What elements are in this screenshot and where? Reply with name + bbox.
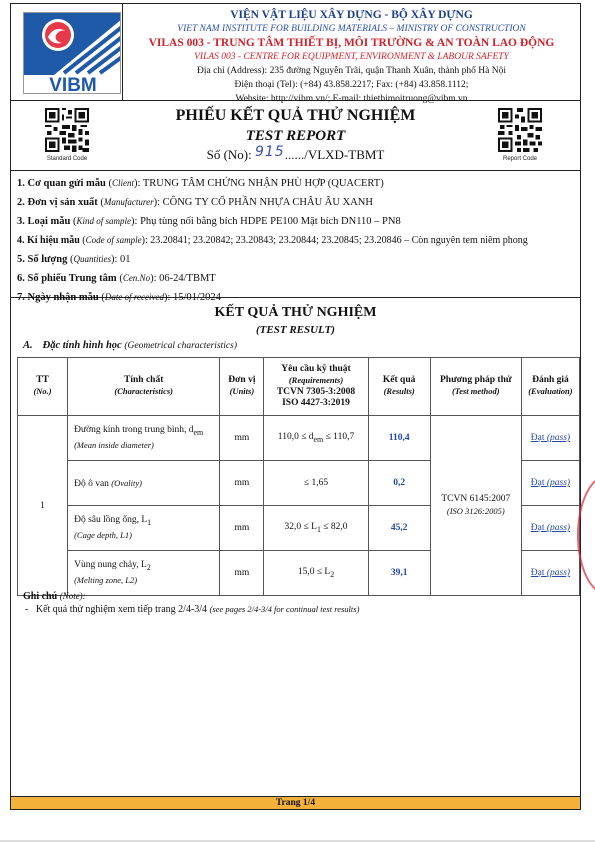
info-label: 2. Đơn vị sản xuất [17, 197, 98, 208]
header-text-en: (Results) [384, 386, 415, 396]
characteristic-en: (Cage depth, L1) [74, 530, 132, 540]
header-text-en: (Evaluation) [528, 386, 572, 396]
unit-cell: mm [220, 416, 264, 461]
header-text-en: (Units) [230, 386, 255, 396]
svg-text:VIBM: VIBM [49, 75, 97, 94]
result-value: 0,2 [368, 461, 430, 506]
requirement-cell: 110,0 ≤ dem ≤ 110,7 [264, 416, 368, 461]
note-text-en: (see pages 2/4-3/4 for continual test re… [210, 604, 360, 614]
header-text-en: (Requirements) [289, 375, 343, 385]
characteristic-en: (Mean inside diameter) [74, 440, 154, 450]
header-text: Đánh giá [532, 375, 569, 385]
col-header-evaluation: Đánh giá(Evaluation) [521, 358, 579, 416]
sample-info: 1. Cơ quan gửi mẫu (Client): TRUNG TÂM C… [10, 171, 581, 298]
evaluation-cell: Đạt (pass) [521, 551, 579, 596]
characteristic-en: (Melting zone, L2) [74, 575, 137, 585]
header-text: Đơn vị [228, 375, 255, 385]
col-header-requirements: Yêu cầu kỹ thuật(Requirements)TCVN 7305-… [264, 358, 368, 416]
evaluation-link[interactable]: Đạt (pass) [531, 433, 570, 443]
test-method: TCVN 6145:2007 [441, 494, 510, 504]
subscript: em [314, 435, 324, 444]
info-sep: ): [111, 254, 120, 265]
evaluation-en: (pass) [547, 433, 570, 443]
info-sep: ): [134, 178, 143, 189]
characteristic-cell: Độ ô van (Ovality) [68, 461, 220, 506]
evaluation-link[interactable]: Đạt (pass) [531, 568, 570, 578]
section-a-heading: A.Đặc tính hình học (Geometrical charact… [23, 340, 237, 351]
header-standard-1: TCVN 7305-3:2008 [277, 387, 355, 397]
centre-name-en: VILAS 003 - CENTRE FOR EQUIPMENT, ENVIRO… [123, 50, 580, 64]
info-label-en: Kind of sample [77, 216, 132, 226]
vibm-logo: VIBM [23, 12, 121, 94]
info-label-en: Cen.No [123, 273, 150, 283]
info-manufacturer: 2. Đơn vị sản xuất (Manufacturer): CÔNG … [17, 193, 580, 212]
note-title-en: (Note): [60, 591, 86, 601]
note-title-vn: Ghi chú [23, 591, 57, 602]
institute-header: VIBM VIỆN VẬT LIỆU XÂY DỰNG - BỘ XÂY DỰN… [10, 3, 581, 101]
report-title-en: TEST REPORT [11, 128, 580, 145]
col-header-characteristics: Tính chất(Characteristics) [68, 358, 220, 416]
info-label-en: Client [112, 178, 134, 188]
test-report-page: VIBM VIỆN VẬT LIỆU XÂY DỰNG - BỘ XÂY DỰN… [8, 3, 583, 833]
info-quantities: 5. Số lượng (Quantities): 01 [17, 250, 580, 269]
characteristic-en: (Ovality) [111, 478, 142, 488]
table-header-row: TT(No.) Tính chất(Characteristics) Đơn v… [18, 358, 580, 416]
evaluation-en: (pass) [547, 568, 570, 578]
info-value: 23.20841; 23.20842; 23.20843; 23.20844; … [150, 235, 528, 246]
subscript: 2 [147, 563, 151, 572]
result-value: 39,1 [368, 551, 430, 596]
evaluation-cell: Đạt (pass) [521, 461, 579, 506]
info-value: TRUNG TÂM CHỨNG NHẬN PHÙ HỢP (QUACERT) [143, 178, 384, 189]
info-label: 6. Số phiếu Trung tâm [17, 273, 117, 284]
info-sep: ): [154, 197, 163, 208]
note-item: - Kết quả thử nghiệm xem tiếp trang 2/4-… [23, 604, 359, 615]
institute-name-en: VIET NAM INSTITUTE FOR BUILDING MATERIAL… [123, 22, 580, 36]
result-value: 45,2 [368, 506, 430, 551]
info-sep: ): [150, 273, 159, 284]
characteristic-vn: Độ ô van [74, 479, 109, 489]
subscript: em [194, 428, 204, 437]
header-standard-2: ISO 4427-3:2019 [282, 398, 350, 408]
evaluation-link[interactable]: Đạt (pass) [531, 478, 570, 488]
characteristic-cell: Đường kính trong trung bình, dem(Mean in… [68, 416, 220, 461]
report-code-caption: Report Code [490, 156, 550, 162]
institute-info: VIỆN VẬT LIỆU XÂY DỰNG - BỘ XÂY DỰNG VIE… [123, 4, 580, 100]
unit-cell: mm [220, 461, 264, 506]
info-label: 3. Loại mẫu [17, 216, 70, 227]
info-client: 1. Cơ quan gửi mẫu (Client): TRUNG TÂM C… [17, 174, 580, 193]
header-text-en: (No.) [33, 386, 51, 396]
requirement: 15,0 ≤ L [298, 567, 330, 577]
col-header-test-method: Phương pháp thử(Test method) [430, 358, 521, 416]
characteristic-cell: Vùng nung chảy, L2(Melting zone, L2) [68, 551, 220, 596]
evaluation-en: (pass) [547, 478, 570, 488]
test-results-section: KẾT QUẢ THỬ NGHIỆM (TEST RESULT) A.Đặc t… [10, 298, 581, 796]
info-code-of-sample: 4. Kí hiệu mẫu (Code of sample): 23.2084… [17, 231, 580, 250]
col-header-no: TT(No.) [18, 358, 68, 416]
requirement-tail: ≤ 82,0 [321, 522, 348, 532]
evaluation-vn: Đạt [531, 478, 545, 488]
test-method-en: (ISO 3126:2005) [447, 506, 505, 516]
header-text: Tính chất [124, 375, 163, 385]
unit-cell: mm [220, 551, 264, 596]
info-value: 01 [120, 254, 131, 265]
section-title-vn: Đặc tính hình học [43, 340, 122, 351]
info-label-en: Manufacturer [104, 197, 154, 207]
col-header-results: Kết quả(Results) [368, 358, 430, 416]
requirement: ≤ 1,65 [304, 478, 328, 488]
results-subtitle: (TEST RESULT) [11, 324, 580, 336]
institute-name-vn: VIỆN VẬT LIỆU XÂY DỰNG - BỘ XÂY DỰNG [123, 8, 580, 22]
evaluation-cell: Đạt (pass) [521, 416, 579, 461]
evaluation-link[interactable]: Đạt (pass) [531, 523, 570, 533]
header-text-en: (Characteristics) [114, 386, 173, 396]
requirement: 110,0 ≤ d [278, 432, 314, 442]
unit-cell: mm [220, 506, 264, 551]
info-value: CÔNG TY CỔ PHẦN NHỰA CHÂU ÂU XANH [163, 197, 373, 208]
info-label: 4. Kí hiệu mẫu [17, 235, 80, 246]
header-text: TT [36, 375, 49, 385]
requirement-cell: 32,0 ≤ L1 ≤ 82,0 [264, 506, 368, 551]
characteristic-vn: Vùng nung chảy, L [74, 560, 147, 570]
info-kind-of-sample: 3. Loại mẫu (Kind of sample): Phụ tùng n… [17, 212, 580, 231]
requirement: 32,0 ≤ L [285, 522, 317, 532]
report-title-vn: PHIẾU KẾT QUẢ THỬ NGHIỆM [11, 107, 580, 125]
header-text: Kết quả [383, 375, 415, 385]
section-number: A. [23, 340, 33, 351]
info-label: 5. Số lượng [17, 254, 67, 265]
evaluation-vn: Đạt [531, 568, 545, 578]
characteristic-cell: Độ sâu lồng ống, L1(Cage depth, L1) [68, 506, 220, 551]
info-sep: ): [131, 216, 140, 227]
info-value: 06-24/TBMT [159, 273, 216, 284]
note-text-vn: Kết quả thử nghiệm xem tiếp trang 2/4-3/… [36, 604, 207, 615]
title-band: Standard Code PHIẾU KẾT QUẢ THỬ NGHIỆM T… [10, 101, 581, 171]
subscript: 2 [330, 570, 334, 579]
info-label: 1. Cơ quan gửi mẫu [17, 178, 106, 189]
characteristic-vn: Đường kính trong trung bình, d [74, 425, 193, 435]
evaluation-en: (pass) [547, 523, 570, 533]
info-label-en: Quantities [73, 254, 111, 264]
evaluation-vn: Đạt [531, 523, 545, 533]
results-table: TT(No.) Tính chất(Characteristics) Đơn v… [17, 357, 580, 596]
section-title-en: (Geometrical characteristics) [124, 341, 237, 351]
evaluation-cell: Đạt (pass) [521, 506, 579, 551]
note-title: Ghi chú (Note): [23, 591, 359, 602]
results-title: KẾT QUẢ THỬ NGHIỆM [11, 305, 580, 321]
page-footer: Trang 1/4 [10, 796, 581, 810]
header-text-en: (Test method) [452, 386, 500, 396]
header-text: Phương pháp thử [440, 375, 512, 385]
report-number-value: 915 [255, 144, 285, 160]
report-qr-code[interactable] [498, 108, 542, 152]
logo-box: VIBM [11, 4, 123, 100]
evaluation-vn: Đạt [531, 433, 545, 443]
requirement-cell: ≤ 1,65 [264, 461, 368, 506]
address: Địa chỉ (Address): 235 đường Nguyễn Trãi… [123, 64, 580, 78]
info-label-en: Code of sample [86, 235, 142, 245]
test-method-cell: TCVN 6145:2007(ISO 3126:2005) [430, 416, 521, 596]
requirement-tail: ≤ 110,7 [323, 432, 354, 442]
header-text: Yêu cầu kỹ thuật [281, 364, 350, 374]
characteristic-vn: Độ sâu lồng ống, L [74, 515, 147, 525]
info-value: Phụ tùng nối bằng bích HDPE PE100 Mặt bí… [140, 216, 401, 227]
phone-fax: Điện thoại (Tel): (+84) 43.858.2217; Fax… [123, 78, 580, 92]
group-number: 1 [18, 416, 68, 596]
report-number-dots: ...... [285, 147, 305, 162]
report-number-label: Số (No): [207, 147, 255, 162]
centre-name-vn: VILAS 003 - TRUNG TÂM THIẾT BỊ, MÔI TRƯỜ… [123, 36, 580, 50]
subscript: 1 [147, 518, 151, 527]
note-section: Ghi chú (Note): - Kết quả thử nghiệm xem… [23, 591, 359, 615]
report-number-suffix: /VLXD-TBMT [304, 147, 384, 162]
result-value: 110,4 [368, 416, 430, 461]
col-header-units: Đơn vị(Units) [220, 358, 264, 416]
requirement-cell: 15,0 ≤ L2 [264, 551, 368, 596]
info-centre-number: 6. Số phiếu Trung tâm (Cen.No): 06-24/TB… [17, 269, 580, 288]
table-row: 1 Đường kính trong trung bình, dem(Mean … [18, 416, 580, 461]
info-sep: ): [142, 235, 151, 246]
